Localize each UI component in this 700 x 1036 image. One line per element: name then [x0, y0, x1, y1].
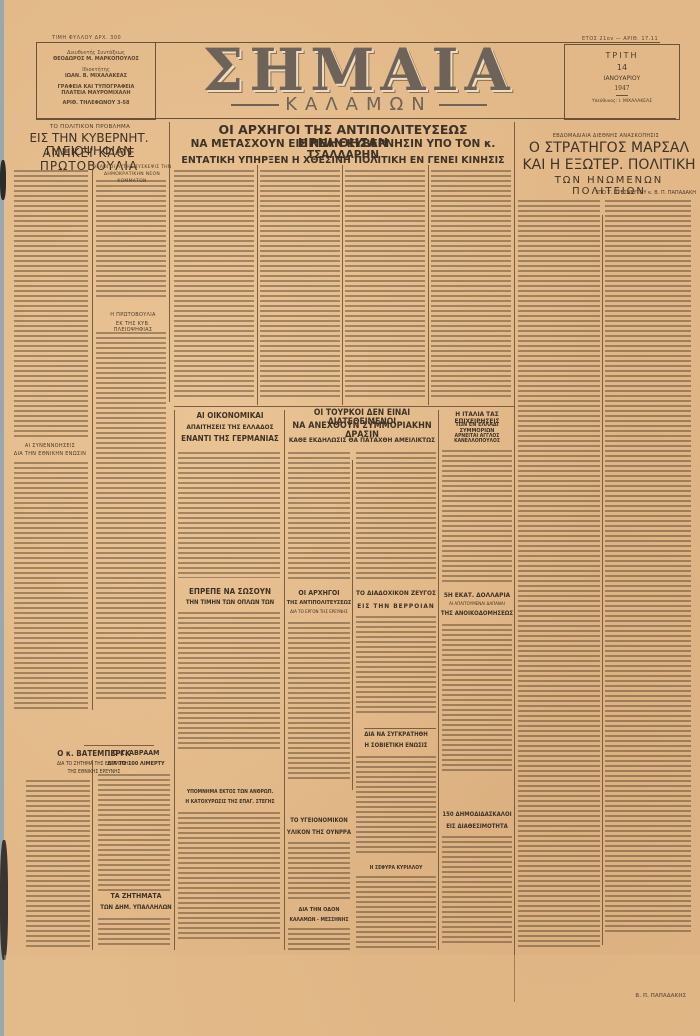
article-headline[interactable]: 150 ΔΗΜΟΔΙΔΑΣΚΑΛΟΙ — [440, 812, 514, 818]
article-headline[interactable]: Η ΚΑΤΟΧΥΡΩΣΙΣ ΤΗΣ ΕΠΑΓ. ΣΤΕΓΗΣ — [176, 800, 284, 805]
article-body — [288, 622, 350, 782]
article-body — [26, 780, 90, 950]
article-headline[interactable]: ΤΗΣ ΑΝΤΙΠΟΛΙΤΕΥΣΕΩΣ — [286, 601, 352, 607]
newspaper-page: ΤΙΜΗ ΦΥΛΛΟΥ ΔΡΧ. 300 ΕΤΟΣ 21ον — ΑΡΙΘ. 1… — [4, 0, 700, 1036]
article-headline[interactable]: ΔΙΑ ΝΑ ΣΥΓΚΡΑΤΗΘΗ — [354, 732, 438, 738]
article-body — [288, 928, 350, 950]
article-subhead: Η ΠΡΩΤΟΒΟΥΛΙΑ — [96, 312, 170, 318]
weekday: ΤΡΙΤΗ — [565, 51, 679, 60]
article-body — [178, 812, 280, 942]
article-headline[interactable]: ΕΙΣ ΤΗΝ ΒΕΡΡΟΙΑΝ — [354, 603, 438, 610]
article-headline[interactable]: ΤΩΝ ΔΗΜ. ΥΠΑΛΛΗΛΩΝ — [96, 905, 176, 911]
article-byline: ΥΠΟ Τ. ΠΡΕΣΒΕΥΤΟΥ κ. Β. Π. ΠΑΠΑΔΑΚΗ — [516, 190, 696, 196]
article-headline[interactable]: ΕΙΣ ΔΙΑΘΕΣΙΜΟΤΗΤΑ — [440, 824, 514, 830]
article-body — [14, 462, 88, 712]
article-body — [14, 170, 88, 440]
article-body — [174, 170, 254, 400]
article-body — [356, 756, 436, 856]
article-headline[interactable]: ΕΝΑΝΤΙ ΤΗΣ ΓΕΡΜΑΝΙΑΣ — [176, 435, 284, 443]
article-headline[interactable]: ΕΠΡΕΠΕ ΝΑ ΣΩΣΟΥΝ — [176, 588, 284, 596]
title-rule-left — [231, 104, 279, 106]
article-headline[interactable]: ΟΙ ΑΡΧΗΓΟΙ — [286, 590, 352, 597]
article-body — [178, 612, 280, 752]
day: 14 — [565, 63, 679, 72]
article-body — [442, 836, 512, 946]
article-body — [288, 842, 350, 902]
newspaper-subtitle: ΚΑΛΑΜΩΝ — [285, 94, 433, 115]
article-body — [260, 170, 340, 400]
article-headline[interactable]: ΚΑΘΕ ΕΚΔΗΛΩΣΙΣ ΘΑ ΠΑΤΑΧΘΗ ΑΜΕΙΛΙΚΤΩΣ — [286, 437, 438, 444]
article-body — [98, 918, 170, 948]
director-name: ΘΕΟΔΩΡΟΣ Μ. ΜΑΡΚΟΠΟΥΛΟΣ — [37, 55, 155, 64]
article-headline[interactable]: ΤΟ ΥΓΕΙΟΝΟΜΙΚΟΝ — [286, 818, 352, 824]
article-kicker: ΕΒΔΟΜΑΔΙΑΙΑ ΔΙΕΘΝΗΣ ΑΝΑΣΚΟΠΗΣΙΣ — [516, 133, 696, 139]
article-headline[interactable]: Η ΣΟΒΙΕΤΙΚΗ ΕΝΩΣΙΣ — [354, 743, 438, 749]
article-subhead: ΔΙΑ ΤΗΝ ΕΘΝΙΚΗΝ ΕΝΩΣΙΝ — [10, 451, 90, 457]
newspaper-title: ΣΗΜΑΙΑ — [154, 44, 564, 96]
publisher-name: ΙΩΑΝ. Β. ΜΙΧΑΛΑΚΕΑΣ — [37, 72, 155, 81]
article-body — [356, 876, 436, 948]
article-headline[interactable]: ΑΡΝΕΙΤΑΙ ΑΓΓΛΟΣ ΚΑΝΕΛΛΟΠΟΥΛΟΣ — [440, 434, 514, 445]
phone-number: ΑΡΙΘ. ΤΗΛΕΦΩΝΟΥ 3-58 — [37, 99, 155, 108]
article-body — [288, 452, 350, 582]
torn-edge-mark — [0, 840, 8, 960]
article-body — [605, 200, 691, 935]
article-headline[interactable]: ΤΗΝ ΤΙΜΗΝ ΤΩΝ ΟΠΛΩΝ ΤΩΝ — [176, 600, 284, 606]
article-headline[interactable]: ΥΛΙΚΟΝ ΤΗΣ ΟΥΝΡΡΑ — [286, 830, 352, 836]
article-headline[interactable]: Ο κ. ΑΒΡΑΑΜ — [96, 750, 176, 757]
article-headline[interactable]: ΔΙΑ ΤΗΝ ΟΔΟΝ — [286, 908, 352, 914]
article-headline[interactable]: ΑΠΑΙΤΗΣΕΙΣ ΤΗΣ ΕΛΛΑΔΟΣ — [176, 424, 284, 431]
article-headline[interactable]: ΔΙΑ ΤΟ 100 ΛΙΜΕΡΤΥ — [96, 762, 176, 768]
article-kicker: ΤΟ ΠΟΛΙΤΙΚΟΝ ΠΡΟΒΛΗΜΑ — [10, 124, 170, 130]
masthead-title-block: ΣΗΜΑΙΑ ΚΑΛΑΜΩΝ — [154, 42, 564, 118]
article-body — [442, 624, 512, 774]
article-headline[interactable]: ΤΗΣ ΑΝΟΙΚΟΔΟΜΗΣΕΩΣ — [440, 611, 514, 617]
article-body — [356, 452, 436, 582]
article-body — [178, 452, 280, 578]
article-headline[interactable]: ΚΑΙ Η ΕΞΩΤΕΡ. ΠΟΛΙΤΙΚΗ — [516, 158, 700, 173]
article-headline[interactable]: 5Η ΕΚΑΤ. ΔΟΛΛΑΡΙΑ — [440, 592, 514, 599]
year: 1947 — [565, 85, 679, 92]
article-body — [518, 200, 600, 950]
article-body — [356, 616, 436, 716]
article-body — [345, 170, 425, 400]
article-body — [96, 332, 166, 702]
price-line: ΤΙΜΗ ΦΥΛΛΟΥ ΔΡΧ. 300 — [52, 35, 121, 41]
article-headline[interactable]: ΑΙ ΑΠΑΙΤΟΥΜΕΝΑΙ ΔΑΠΑΝΑΙ — [440, 603, 514, 608]
article-headline[interactable]: ΤΟ ΔΙΑΔΟΧΙΚΟΝ ΖΕΥΓΟΣ — [354, 590, 438, 597]
page-fold — [4, 955, 700, 1036]
article-headline[interactable]: ΚΑΛΑΜΩΝ - ΜΕΣΣΗΝΗΣ — [286, 918, 352, 923]
title-rule-right — [439, 104, 487, 106]
article-body — [431, 170, 511, 400]
article-body — [96, 180, 166, 300]
masthead-info-box: Διευθυντής Συντάξεως ΘΕΟΔΩΡΟΣ Μ. ΜΑΡΚΟΠΟ… — [36, 42, 156, 120]
article-subhead: ΑΙ ΣΥΝΕΝΝΟΗΣΕΙΣ — [10, 443, 90, 449]
article-body — [442, 450, 512, 582]
article-headline[interactable]: Η ΣΕΦΥΡΑ ΚΥΡΙΛΛΟΥ — [354, 866, 438, 871]
article-headline[interactable]: Ο ΣΤΡΑΤΗΓΟΣ ΜΑΡΣΑΛ — [516, 141, 700, 156]
month: ΙΑΝΟΥΑΡΙΟΥ — [565, 75, 679, 82]
article-headline[interactable]: ΤΑ ΖΗΤΗΜΑΤΑ — [96, 893, 176, 900]
date-box: ΤΡΙΤΗ 14 ΙΑΝΟΥΑΡΙΟΥ 1947 Υπεύθυνος: Ι. Μ… — [564, 44, 680, 120]
article-headline[interactable]: ΔΙΑ ΤΟ ΕΡΓΟΝ ΤΗΣ ΕΡΕΥΝΗΣ — [286, 611, 352, 616]
responsible-editor: Υπεύθυνος: Ι. ΜΙΧΑΛΑΚΕΑΣ — [565, 99, 679, 104]
article-headline[interactable]: ΥΠΟΜΝΗΜΑ ΕΚΤΟΣ ΤΩΝ ΑΝΘΡΩΠ. — [176, 790, 284, 795]
offices-line2: ΠΛΑΤΕΙΑ ΜΑΥΡΟΜΙΧΑΛΗ — [37, 89, 155, 98]
article-headline[interactable]: ΑΙ ΟΙΚΟΝΟΜΙΚΑΙ — [176, 412, 284, 420]
article-body — [98, 774, 170, 894]
lead-subheadline[interactable]: ΕΝΤΑΤΙΚΗ ΥΠΗΡΞΕΝ Η ΧΘΕΣΙΝΗ ΠΟΛΙΤΙΚΗ ΕΝ Γ… — [172, 156, 514, 166]
